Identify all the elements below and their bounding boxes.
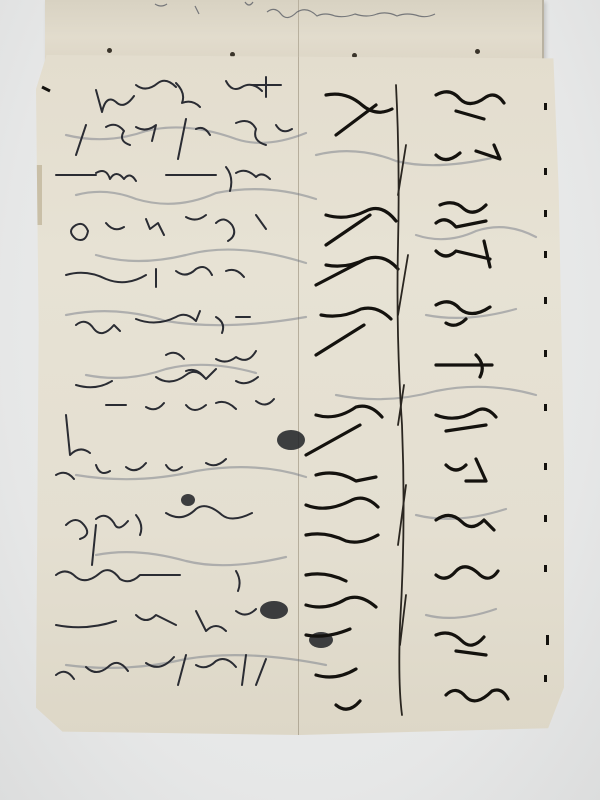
manuscript-page (36, 55, 564, 735)
faded-script-top (45, 0, 542, 62)
underlying-page (45, 0, 544, 62)
handwritten-script (36, 55, 564, 735)
